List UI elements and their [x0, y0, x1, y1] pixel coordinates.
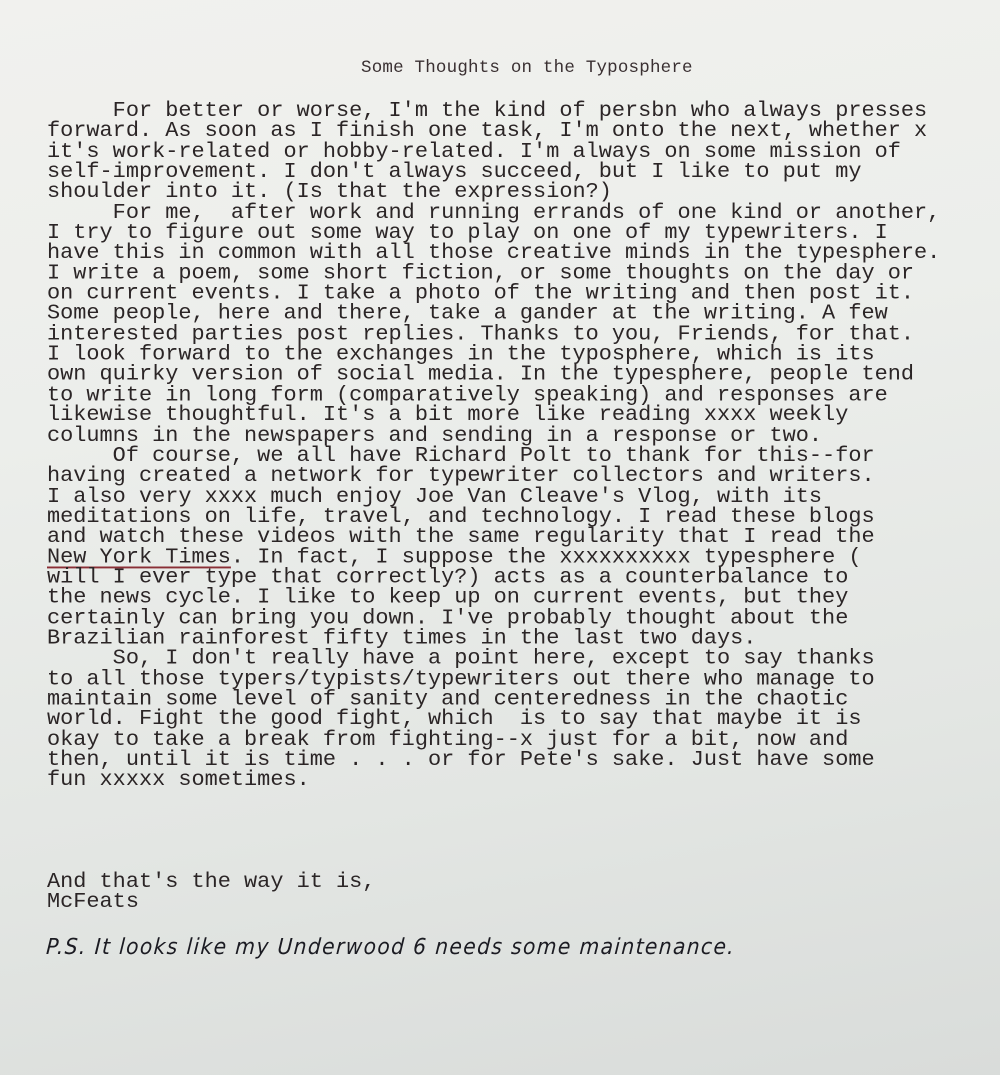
body-line: own quirky version of social media. In t… [47, 365, 940, 385]
body-line: the news cycle. I like to keep up on cur… [47, 588, 940, 608]
signature: McFeats [47, 892, 375, 912]
body-line: Of course, we all have Richard Polt to t… [47, 446, 940, 466]
body-line: columns in the newspapers and sending in… [47, 425, 940, 445]
document-title: Some Thoughts on the Typosphere [361, 58, 693, 78]
body-line: and watch these videos with the same reg… [47, 527, 940, 547]
body-line: on current events. I take a photo of the… [47, 283, 940, 303]
body-line: world. Fight the good fight, which is to… [47, 709, 940, 729]
body-line: I write a poem, some short fiction, or s… [47, 263, 940, 283]
body-line: maintain some level of sanity and center… [47, 689, 940, 709]
body-line: For better or worse, I'm the kind of per… [47, 101, 940, 121]
body-line: forward. As soon as I finish one task, I… [47, 121, 940, 141]
body-line: I look forward to the exchanges in the t… [47, 344, 940, 364]
body-line: shoulder into it. (Is that the expressio… [47, 182, 940, 202]
body-line: it's work-related or hobby-related. I'm … [47, 142, 940, 162]
body-line: to write in long form (comparatively spe… [47, 385, 940, 405]
body-line: having created a network for typewriter … [47, 466, 940, 486]
body-line: meditations on life, travel, and technol… [47, 507, 940, 527]
handwritten-postscript: P.S. It looks like my Underwood 6 needs … [45, 935, 736, 960]
body-line: certainly can bring you down. I've proba… [47, 608, 940, 628]
typed-letter-page: Some Thoughts on the Typosphere For bett… [0, 0, 1000, 1075]
body-line: self-improvement. I don't always succeed… [47, 162, 940, 182]
body-line: interested parties post replies. Thanks … [47, 324, 940, 344]
body-line: Brazilian rainforest fifty times in the … [47, 628, 940, 648]
body-line: I also very xxxx much enjoy Joe Van Clea… [47, 486, 940, 506]
body-line: For me, after work and running errands o… [47, 202, 940, 222]
body-line: to all those typers/typists/typewriters … [47, 669, 940, 689]
body-line: New York Times. In fact, I suppose the x… [47, 547, 940, 567]
letter-closing-block: And that's the way it is, McFeats [47, 872, 375, 913]
body-line: will I ever type that correctly?) acts a… [47, 567, 940, 587]
body-line: likewise thoughtful. It's a bit more lik… [47, 405, 940, 425]
body-line: Some people, here and there, take a gand… [47, 304, 940, 324]
body-line: So, I don't really have a point here, ex… [47, 648, 940, 668]
closing-line: And that's the way it is, [47, 872, 375, 892]
body-line: I try to figure out some way to play on … [47, 223, 940, 243]
body-line: okay to take a break from fighting--x ju… [47, 730, 940, 750]
letter-body: For better or worse, I'm the kind of per… [47, 101, 940, 790]
body-line: then, until it is time . . . or for Pete… [47, 750, 940, 770]
body-line: fun xxxxx sometimes. [47, 770, 940, 790]
body-line: have this in common with all those creat… [47, 243, 940, 263]
